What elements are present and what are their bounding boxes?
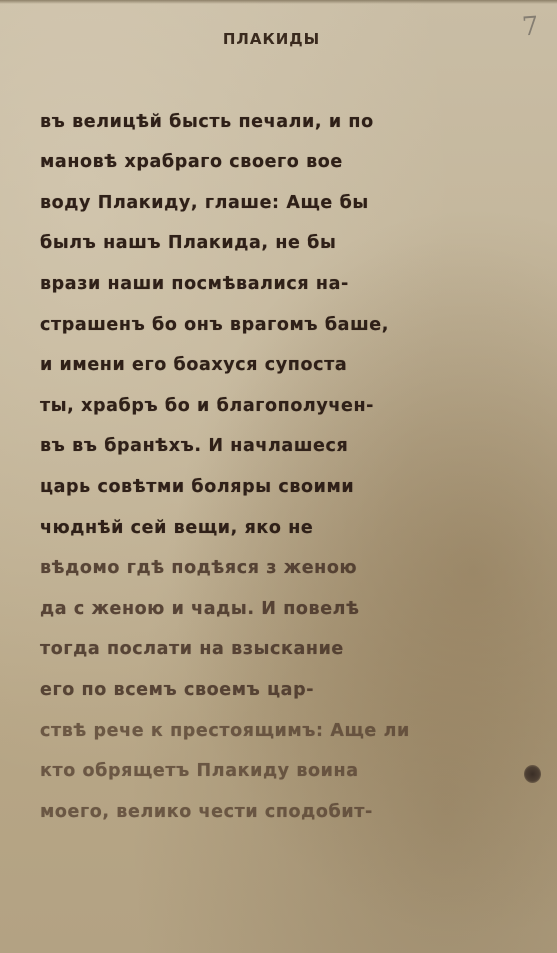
text-line: да с женою и чады. И повелѣ [40, 581, 510, 622]
page-top-edge [0, 0, 557, 4]
text-line: моего, велико чести сподобит- [40, 784, 510, 825]
text-line: вѣдомо гдѣ подѣяся з женою [40, 541, 510, 582]
text-line: и имени его боахуся супоста [40, 338, 510, 379]
manuscript-page: 7 ПЛАКИДЫ въ велицѣй бысть печали, и по … [0, 0, 557, 953]
text-line: въ въ бранѣхъ. И начлашеся [40, 419, 510, 460]
ink-blot [524, 765, 541, 783]
text-line: кто обрящетъ Плакиду воина [40, 744, 510, 785]
text-line: былъ нашъ Плакида, не бы [40, 216, 510, 257]
running-header: ПЛАКИДЫ [0, 30, 557, 48]
manuscript-text-block: въ велицѣй бысть печали, и по мановѣ хра… [40, 94, 510, 825]
text-line: чюднѣй сей вещи, яко не [40, 500, 510, 541]
text-line: тогда послати на взыскание [40, 622, 510, 663]
text-line: мановѣ храбраго своего вое [40, 135, 510, 176]
text-line: царь совѣтми боляры своими [40, 459, 510, 500]
text-line: ты, храбръ бо и благополучен- [40, 378, 510, 419]
text-line: ствѣ рече к престоящимъ: Аще ли [40, 703, 510, 744]
text-line: его по всемъ своемъ цар- [40, 662, 510, 703]
text-line: страшенъ бо онъ врагомъ баше, [40, 297, 510, 338]
text-line: воду Плакиду, глаше: Аще бы [40, 175, 510, 216]
text-line: въ велицѣй бысть печали, и по [40, 94, 510, 135]
text-line: врази наши посмѣвалися на- [40, 256, 510, 297]
